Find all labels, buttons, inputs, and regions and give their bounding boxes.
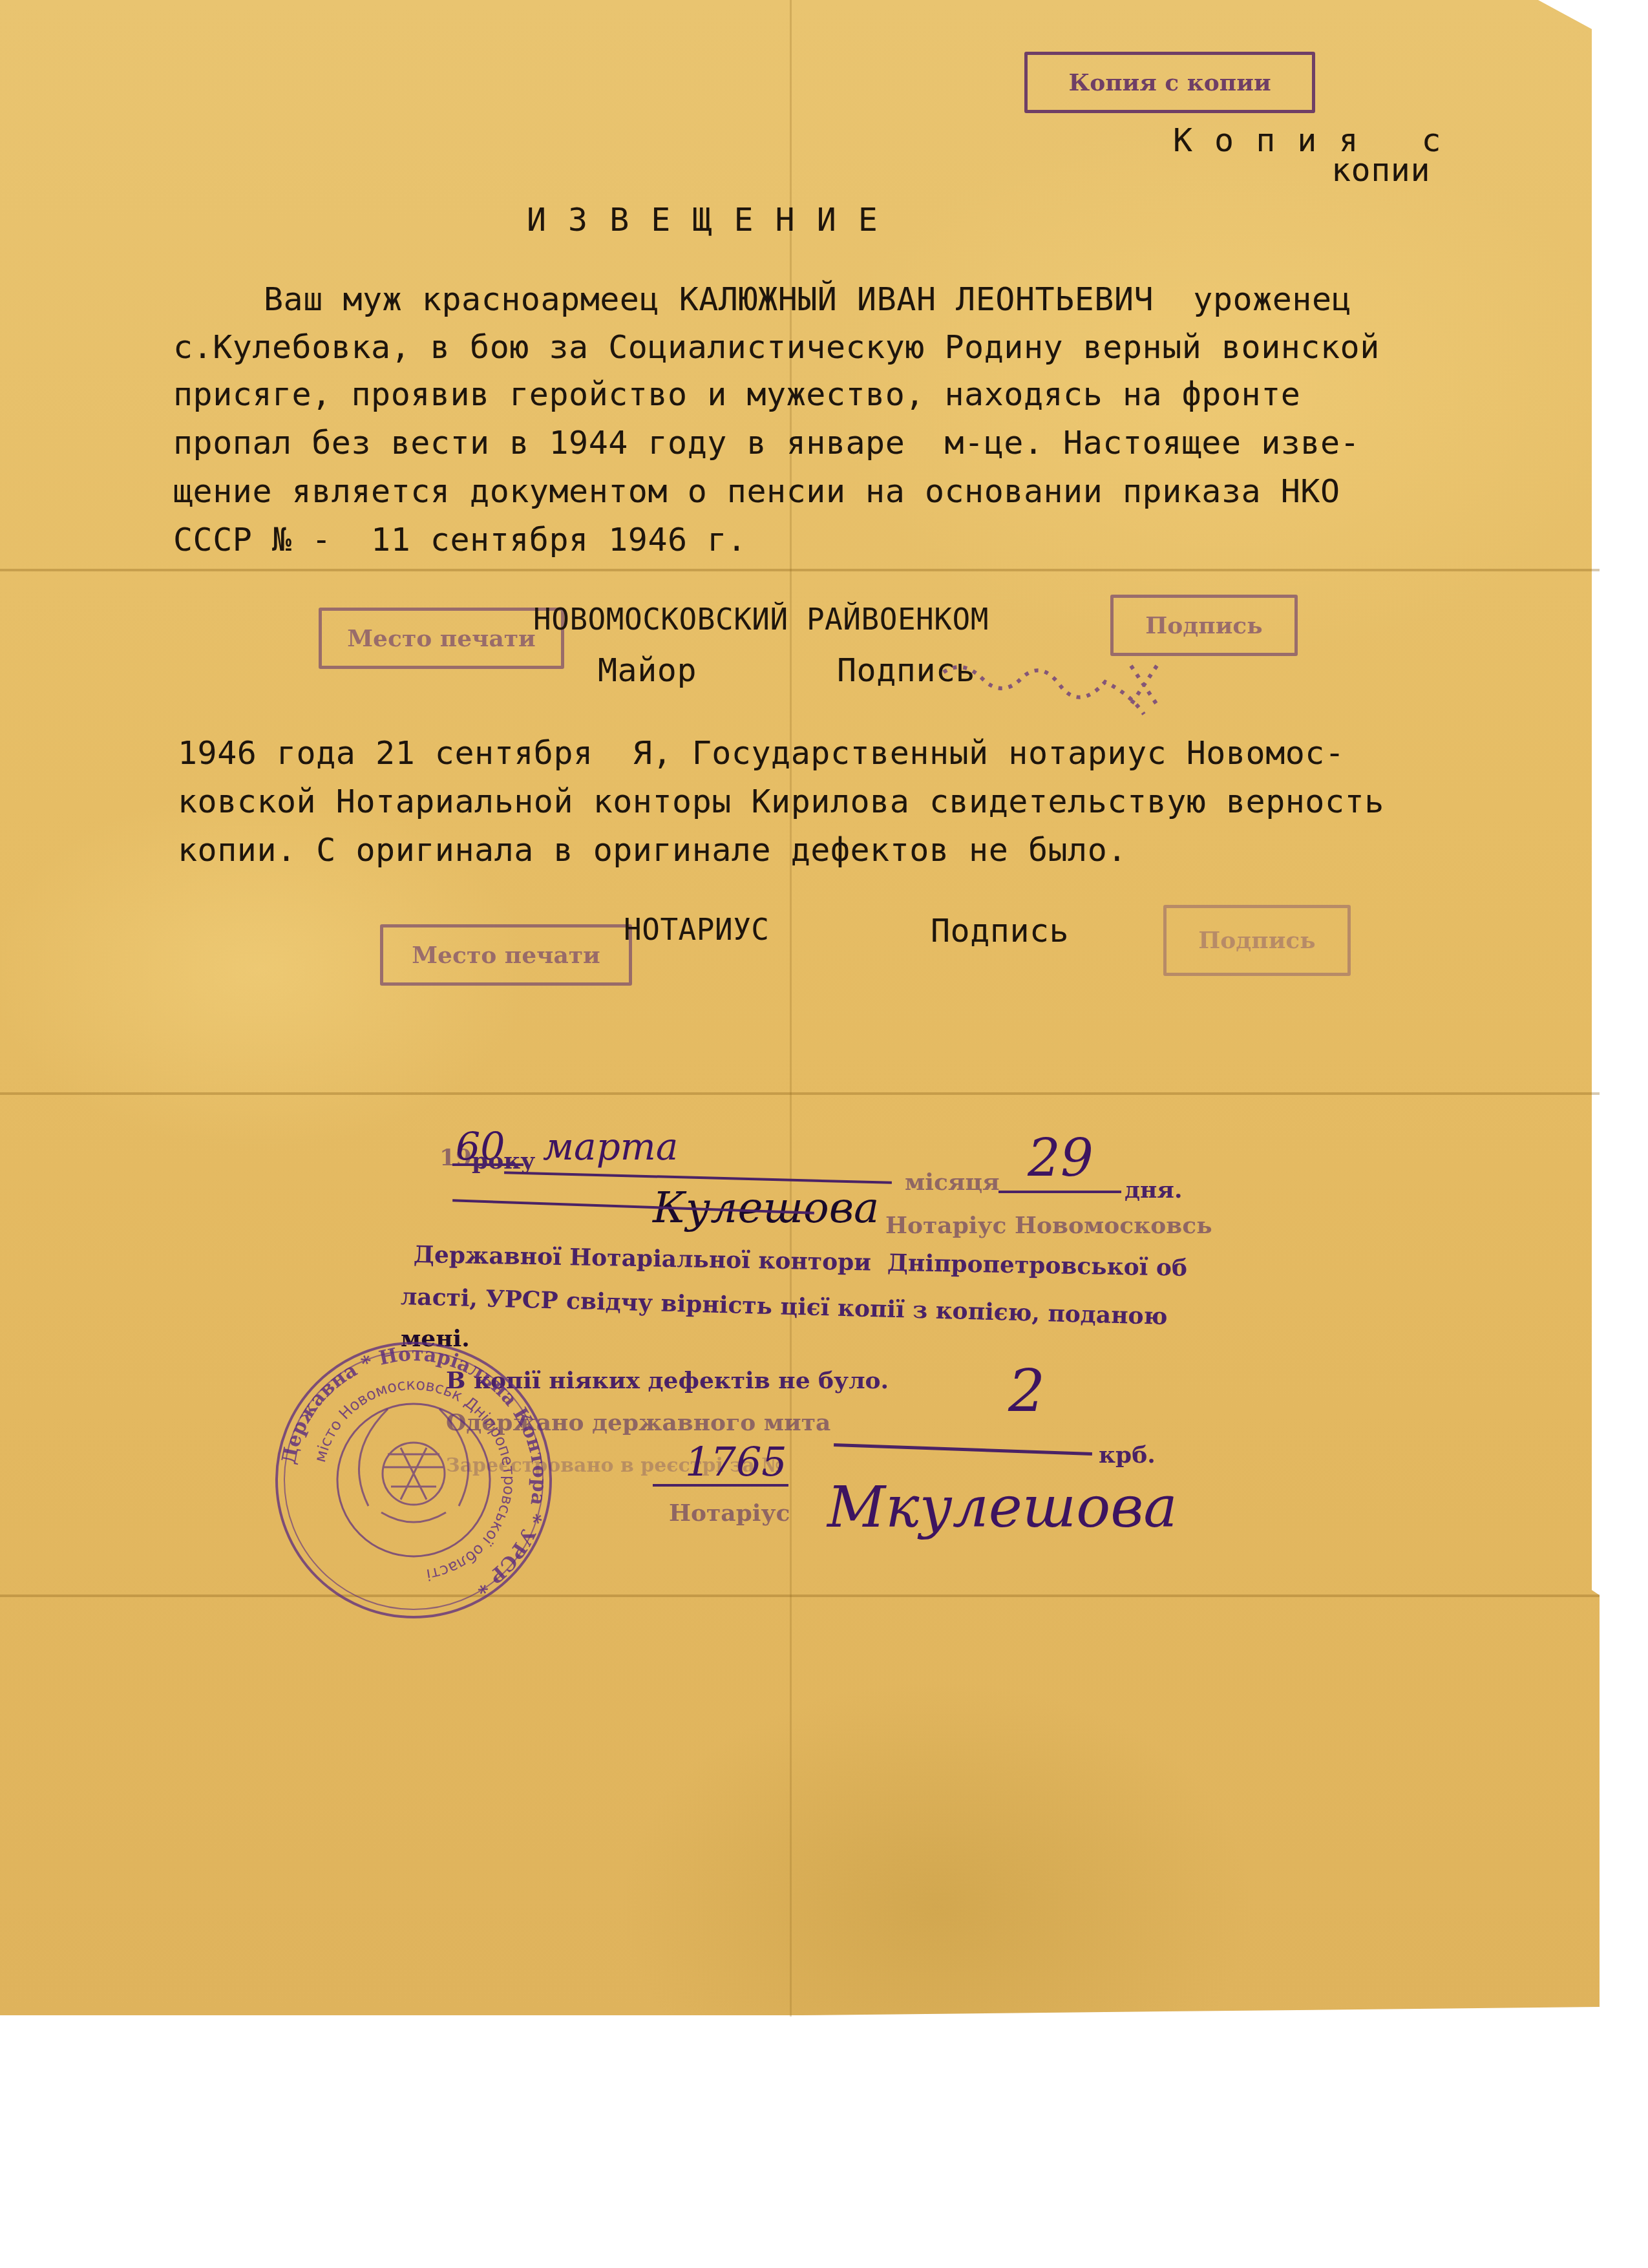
document-title: ИЗВЕЩЕНИЕ <box>527 204 900 236</box>
cert-misyatsya: місяця <box>905 1169 1000 1196</box>
cert-month-handwritten: марта <box>543 1125 678 1169</box>
body-line: присяге, проявив геройство и мужество, н… <box>173 378 1300 410</box>
signature-scribble-icon <box>937 646 1209 724</box>
stamp-text: Подпись <box>1145 612 1262 639</box>
fold-crease-horizontal <box>0 569 1600 571</box>
fee-amount-handwritten: 2 <box>1008 1357 1045 1425</box>
underline <box>998 1191 1121 1193</box>
round-seal-icon: Державна * Нотаріальна Контора * УРСР * … <box>271 1338 556 1622</box>
stamp-text: Подпись <box>1198 927 1315 954</box>
underline <box>653 1484 788 1487</box>
body-line: с.Кулебовка, в бою за Социалистическую Р… <box>173 331 1380 363</box>
cert-line2: Нотаріус Новомосковсь <box>885 1212 1212 1239</box>
notary-sig-label: Нотаріус <box>669 1500 790 1527</box>
body-line: щение является документом о пенсии на ос… <box>173 475 1340 507</box>
notary-label: НОТАРИУС <box>624 915 770 944</box>
stamp-text: Копия с копии <box>1068 69 1271 96</box>
copy-header-line2: копии <box>1331 154 1430 186</box>
svg-text:місто Новомосковськ Дніпропетр: місто Новомосковськ Дніпропетровської об… <box>311 1375 518 1584</box>
signature-label: Подпись <box>931 915 1069 947</box>
notary-line: копии. С оригинала в оригинале дефектов … <box>178 834 1127 866</box>
body-line: СССР № - 11 сентября 1946 г. <box>173 524 746 556</box>
fold-crease-horizontal <box>0 1595 1600 1597</box>
body-line: Ваш муж красноармеец КАЛЮЖНЫЙ ИВАН ЛЕОНТ… <box>264 283 1351 315</box>
rank-label: Майор <box>598 654 697 686</box>
register-number-handwritten: 1765 <box>685 1438 787 1485</box>
notary-signature-handwritten: Мкулешова <box>827 1474 1178 1540</box>
cert-dnya: дня. <box>1125 1176 1182 1203</box>
copy-of-copy-stamp: Копия с копии <box>1024 52 1315 113</box>
body-line: пропал без вести в 1944 году в январе м-… <box>173 427 1360 459</box>
cert-day-handwritten: 29 <box>1028 1128 1093 1188</box>
coat-of-arms-icon <box>359 1409 468 1522</box>
cert-rok: року <box>472 1147 535 1174</box>
stamp-text: Место печати <box>347 625 535 652</box>
office-name: НОВОМОСКОВСКИЙ РАЙВОЕНКОМ <box>533 604 989 634</box>
cert-unit: крб. <box>1099 1441 1156 1468</box>
fold-crease-horizontal <box>0 1092 1600 1095</box>
notary-line: ковской Нотариальной конторы Кирилова св… <box>178 785 1384 818</box>
seal-place-stamp: Место печати <box>319 608 564 669</box>
signature-stamp: Подпись <box>1163 905 1351 976</box>
stamp-text: Место печати <box>412 942 600 969</box>
seal-place-stamp: Место печати <box>380 924 632 986</box>
notary-line: 1946 года 21 сентября Я, Государственный… <box>178 737 1345 769</box>
